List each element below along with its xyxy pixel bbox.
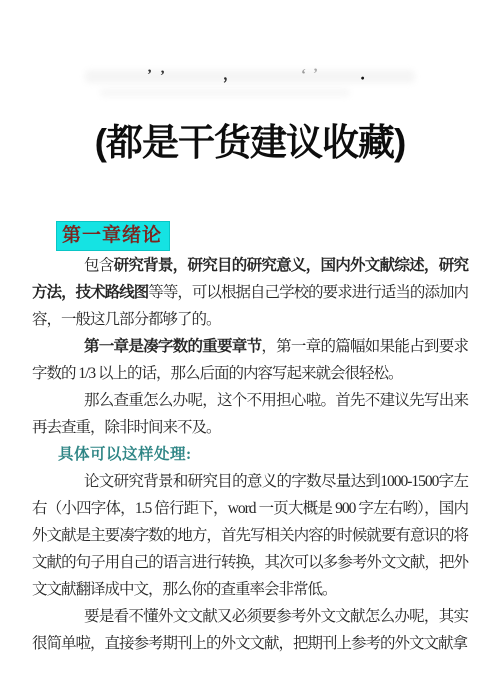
paragraph-handling-advice: 论文研究背景和研究目的意义的字数尽量达到1000-1500字左右（小四字体，1.… — [32, 468, 468, 603]
page-title: (都是干货建议收藏) — [0, 112, 500, 166]
text-run: 包含 — [84, 257, 114, 274]
subheading-teal: 具体可以这样处理: — [32, 441, 468, 468]
document-page: ’ ’ ， ‘ ’ ． (都是干货建议收藏) 第一章绪论 包含研究背景，研究目的… — [0, 0, 500, 697]
paragraph-foreign-literature: 要是看不懂外文文献又必须要参考外文文献怎么办呢，其实很简单啦，直接参考期刊上的外… — [32, 603, 468, 657]
text-run: 要是看不懂外文文献又必须要参考外文文献怎么办呢，其实很简单啦，直接参考期刊上的外… — [32, 608, 468, 652]
body-text: 包含研究背景，研究目的研究意义，国内外文献综述，研究方法，技术路线图等等，可以根… — [32, 252, 468, 657]
ghost-text-line: ’ ’ ， ‘ ’ ． — [85, 60, 430, 105]
bold-text-run: 第一章是凑字数的重要章节 — [84, 338, 261, 355]
ghost-punctuation: ． — [360, 66, 377, 81]
ghost-punctuation: ’ — [313, 67, 318, 82]
paragraph-plagiarism-check: 那么查重怎么办呢，这个不用担心啦。首先不建议先写出来再去查重，除非时间来不及。 — [32, 387, 468, 441]
ghost-punctuation: ’ — [160, 69, 165, 84]
section-header-row: 第一章绪论 — [56, 221, 170, 251]
ghost-smudge — [100, 88, 350, 97]
text-run: 具体可以这样处理: — [58, 446, 192, 463]
paragraph-chapter1-content: 包含研究背景，研究目的研究意义，国内外文献综述，研究方法，技术路线图等等，可以根… — [32, 252, 468, 333]
chapter-heading-highlight: 第一章绪论 — [56, 221, 170, 251]
text-run: 那么查重怎么办呢，这个不用担心啦。首先不建议先写出来再去查重，除非时间来不及。 — [32, 392, 468, 436]
ghost-punctuation: ， — [223, 68, 238, 83]
ghost-punctuation: ’ — [147, 68, 152, 83]
paragraph-word-count: 第一章是凑字数的重要章节，第一章的篇幅如果能占到要求字数的 1/3 以上的话，那… — [32, 333, 468, 387]
ghost-punctuation: ‘ — [301, 68, 306, 83]
text-run: 论文研究背景和研究目的意义的字数尽量达到1000-1500字左右（小四字体，1.… — [32, 473, 468, 598]
